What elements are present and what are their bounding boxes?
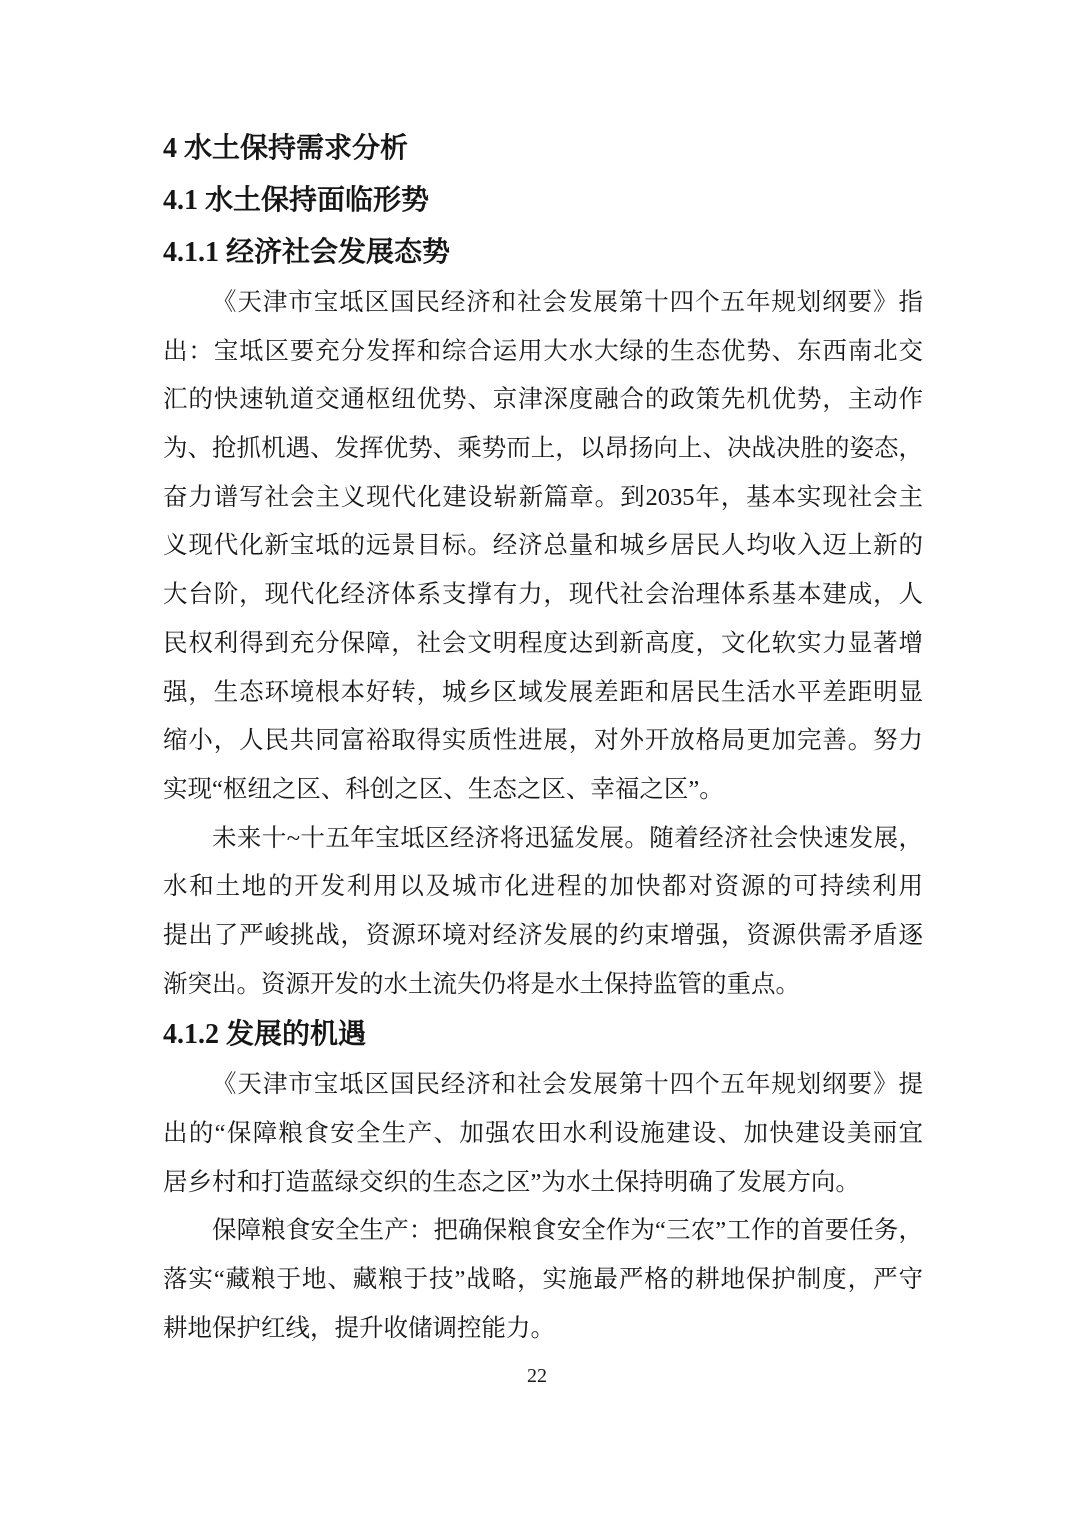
- paragraph-line: 义现代化新宝坻的远景目标。经济总量和城乡居民人均收入迈上新的: [163, 522, 923, 571]
- paragraph-line: 保障粮食安全生产：把确保粮食安全作为“三农”工作的首要任务，: [163, 1207, 923, 1256]
- section-heading-h1: 4 水土保持需求分析: [163, 123, 923, 175]
- paragraph: 保障粮食安全生产：把确保粮食安全作为“三农”工作的首要任务，落实“藏粮于地、藏粮…: [163, 1207, 923, 1353]
- paragraph-line: 落实“藏粮于地、藏粮于技”战略，实施最严格的耕地保护制度，严守: [163, 1256, 923, 1305]
- paragraph-line: 《天津市宝坻区国民经济和社会发展第十四个五年规划纲要》提: [163, 1061, 923, 1110]
- section-heading-h3: 4.1.1 经济社会发展态势: [163, 227, 923, 279]
- paragraph-line: 居乡村和打造蓝绿交织的生态之区”为水土保持明确了发展方向。: [163, 1159, 923, 1208]
- paragraph-line: 出的“保障粮食安全生产、加强农田水利设施建设、加快建设美丽宜: [163, 1110, 923, 1159]
- paragraph-line: 提出了严峻挑战，资源环境对经济发展的约束增强，资源供需矛盾逐: [163, 912, 923, 961]
- paragraph-line: 水和土地的开发利用以及城市化进程的加快都对资源的可持续利用: [163, 863, 923, 912]
- paragraph-line: 为、抢抓机遇、发挥优势、乘势而上，以昂扬向上、决战决胜的姿态，: [163, 425, 923, 474]
- paragraph-line: 缩小，人民共同富裕取得实质性进展，对外开放格局更加完善。努力: [163, 717, 923, 766]
- paragraph: 未来十~十五年宝坻区经济将迅猛发展。随着经济社会快速发展，水和土地的开发利用以及…: [163, 815, 923, 1010]
- section-heading-h2: 4.1 水土保持面临形势: [163, 175, 923, 227]
- paragraph-line: 《天津市宝坻区国民经济和社会发展第十四个五年规划纲要》指: [163, 279, 923, 328]
- paragraph-line: 汇的快速轨道交通枢纽优势、京津深度融合的政策先机优势，主动作: [163, 376, 923, 425]
- paragraph-line: 耕地保护红线，提升收储调控能力。: [163, 1305, 923, 1354]
- paragraph-line: 未来十~十五年宝坻区经济将迅猛发展。随着经济社会快速发展，: [163, 815, 923, 864]
- page-number: 22: [0, 1362, 1074, 1390]
- document-body: 4 水土保持需求分析4.1 水土保持面临形势4.1.1 经济社会发展态势《天津市…: [163, 123, 923, 1353]
- paragraph-line: 渐突出。资源开发的水土流失仍将是水土保持监管的重点。: [163, 961, 923, 1010]
- paragraph-line: 民权利得到充分保障，社会文明程度达到新高度，文化软实力显著增: [163, 620, 923, 669]
- section-heading-h3: 4.1.2 发展的机遇: [163, 1009, 923, 1061]
- paragraph: 《天津市宝坻区国民经济和社会发展第十四个五年规划纲要》指出：宝坻区要充分发挥和综…: [163, 279, 923, 815]
- paragraph-line: 实现“枢纽之区、科创之区、生态之区、幸福之区”。: [163, 766, 923, 815]
- paragraph-line: 出：宝坻区要充分发挥和综合运用大水大绿的生态优势、东西南北交: [163, 328, 923, 377]
- paragraph-line: 奋力谱写社会主义现代化建设崭新篇章。到2035年，基本实现社会主: [163, 474, 923, 523]
- document-page: 4 水土保持需求分析4.1 水土保持面临形势4.1.1 经济社会发展态势《天津市…: [0, 0, 1074, 1520]
- paragraph-line: 强，生态环境根本好转，城乡区域发展差距和居民生活水平差距明显: [163, 669, 923, 718]
- paragraph: 《天津市宝坻区国民经济和社会发展第十四个五年规划纲要》提出的“保障粮食安全生产、…: [163, 1061, 923, 1207]
- paragraph-line: 大台阶，现代化经济体系支撑有力，现代社会治理体系基本建成，人: [163, 571, 923, 620]
